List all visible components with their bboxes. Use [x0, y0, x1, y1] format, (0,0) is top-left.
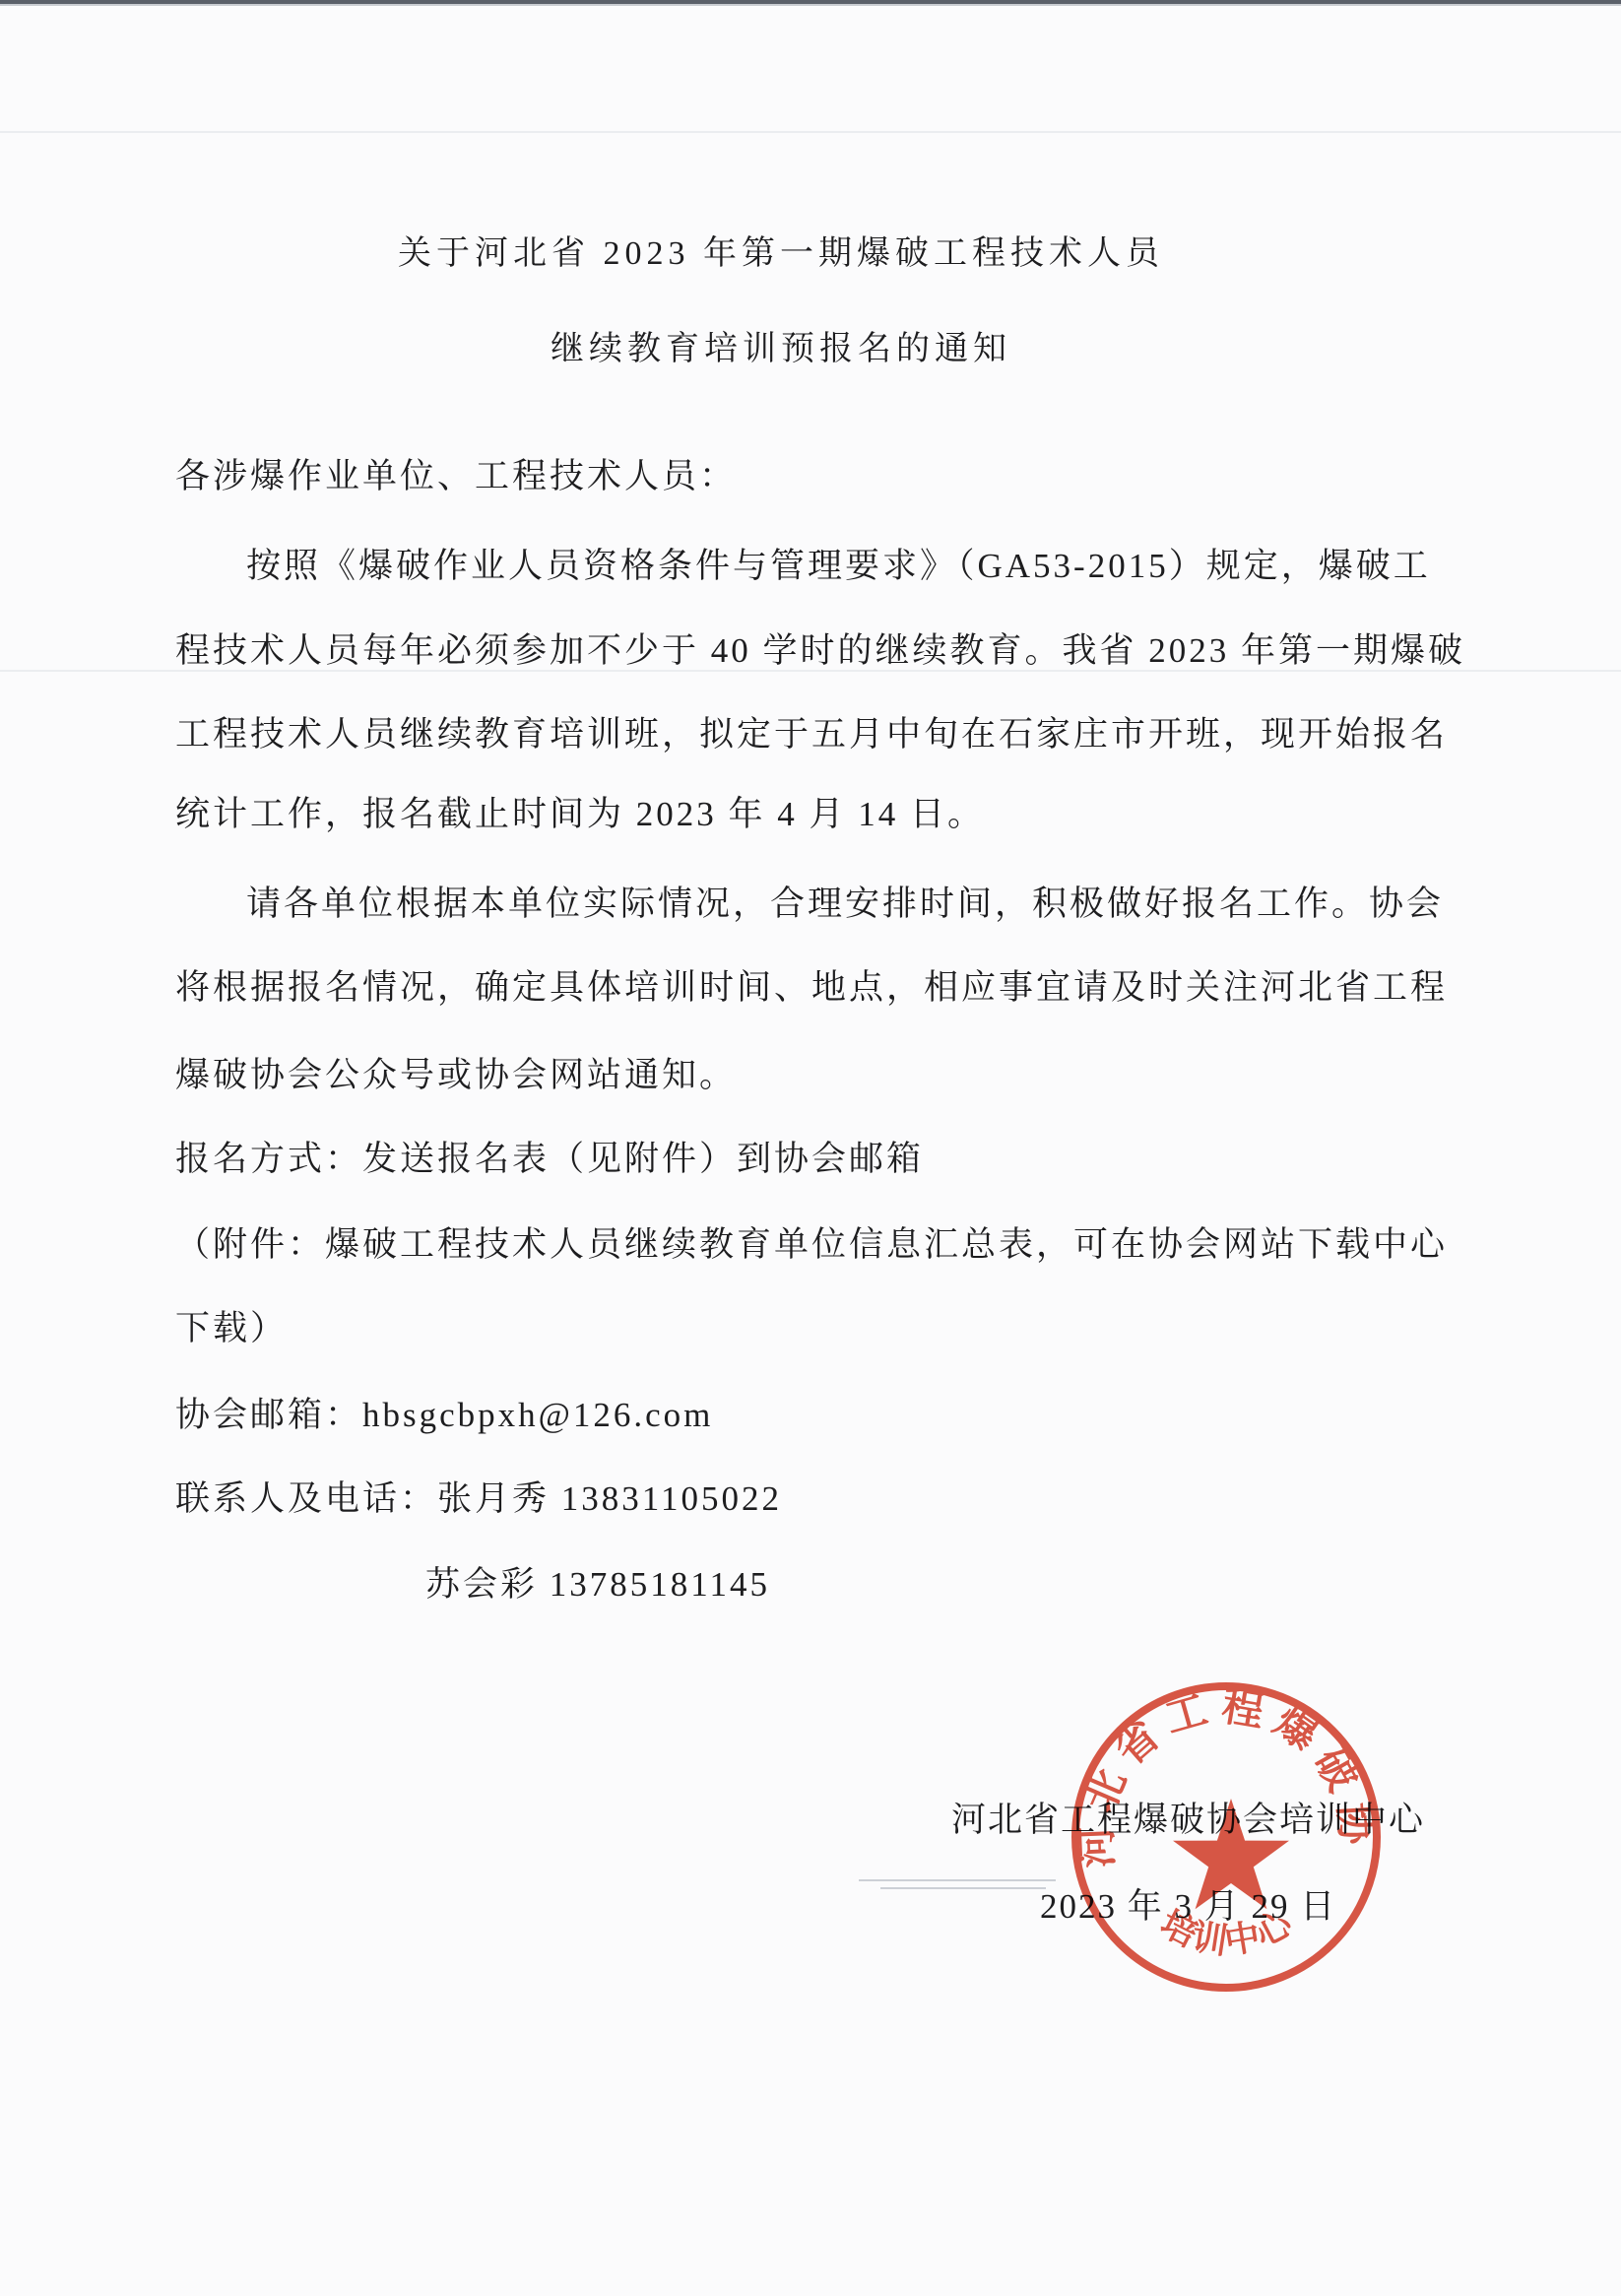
scan-band — [0, 131, 1621, 133]
salutation-line: 各涉爆作业单位、工程技术人员： — [175, 456, 737, 497]
scan-streak — [880, 1887, 1046, 1889]
attachment-line: （附件：爆破工程技术人员继续教育单位信息汇总表，可在协会网站下载中心 — [175, 1224, 1448, 1266]
title-line-2: 继续教育培训预报名的通知 — [0, 321, 1591, 369]
body-line: 请各单位根据本单位实际情况，合理安排时间，积极做好报名工作。协会 — [175, 884, 1444, 925]
scan-streak — [859, 1879, 1056, 1881]
body-line: 将根据报名情况，确定具体培训时间、地点，相应事宜请及时关注河北省工程 — [175, 967, 1448, 1009]
registration-method-line: 报名方式：发送报名表（见附件）到协会邮箱 — [175, 1139, 924, 1180]
seal-graphic: 河北省工程爆破协会 培训中心 — [1062, 1673, 1393, 2003]
body-line: 工程技术人员继续教育培训班，拟定于五月中旬在石家庄市开班，现开始报名 — [175, 714, 1448, 755]
document-page: 关于河北省 2023 年第一期爆破工程技术人员 继续教育培训预报名的通知 各涉爆… — [0, 0, 1621, 2296]
scan-edge-shadow — [0, 4, 1621, 6]
body-line: 程技术人员每年必须参加不少于 40 学时的继续教育。我省 2023 年第一期爆破 — [175, 630, 1465, 672]
body-line: 统计工作，报名截止时间为 2023 年 4 月 14 日。 — [175, 794, 985, 835]
body-line: 爆破协会公众号或协会网站通知。 — [175, 1055, 737, 1096]
svg-text:培训中心: 培训中心 — [1154, 1902, 1300, 1961]
contact-line-1: 联系人及电话：张月秀 13831105022 — [175, 1478, 782, 1520]
official-seal-stamp: 河北省工程爆破协会 培训中心 — [1062, 1673, 1393, 2003]
email-line: 协会邮箱：hbsgcbpxh@126.com — [175, 1395, 713, 1436]
seal-center-text: 培训中心 — [1154, 1902, 1300, 1961]
body-line: 按照《爆破作业人员资格条件与管理要求》（GA53-2015）规定，爆破工 — [175, 546, 1431, 587]
title-line-1: 关于河北省 2023 年第一期爆破工程技术人员 — [0, 226, 1591, 274]
star-icon — [1173, 1799, 1289, 1909]
contact-line-2: 苏会彩 13785181145 — [425, 1564, 770, 1606]
attachment-line-2: 下载） — [175, 1308, 288, 1349]
